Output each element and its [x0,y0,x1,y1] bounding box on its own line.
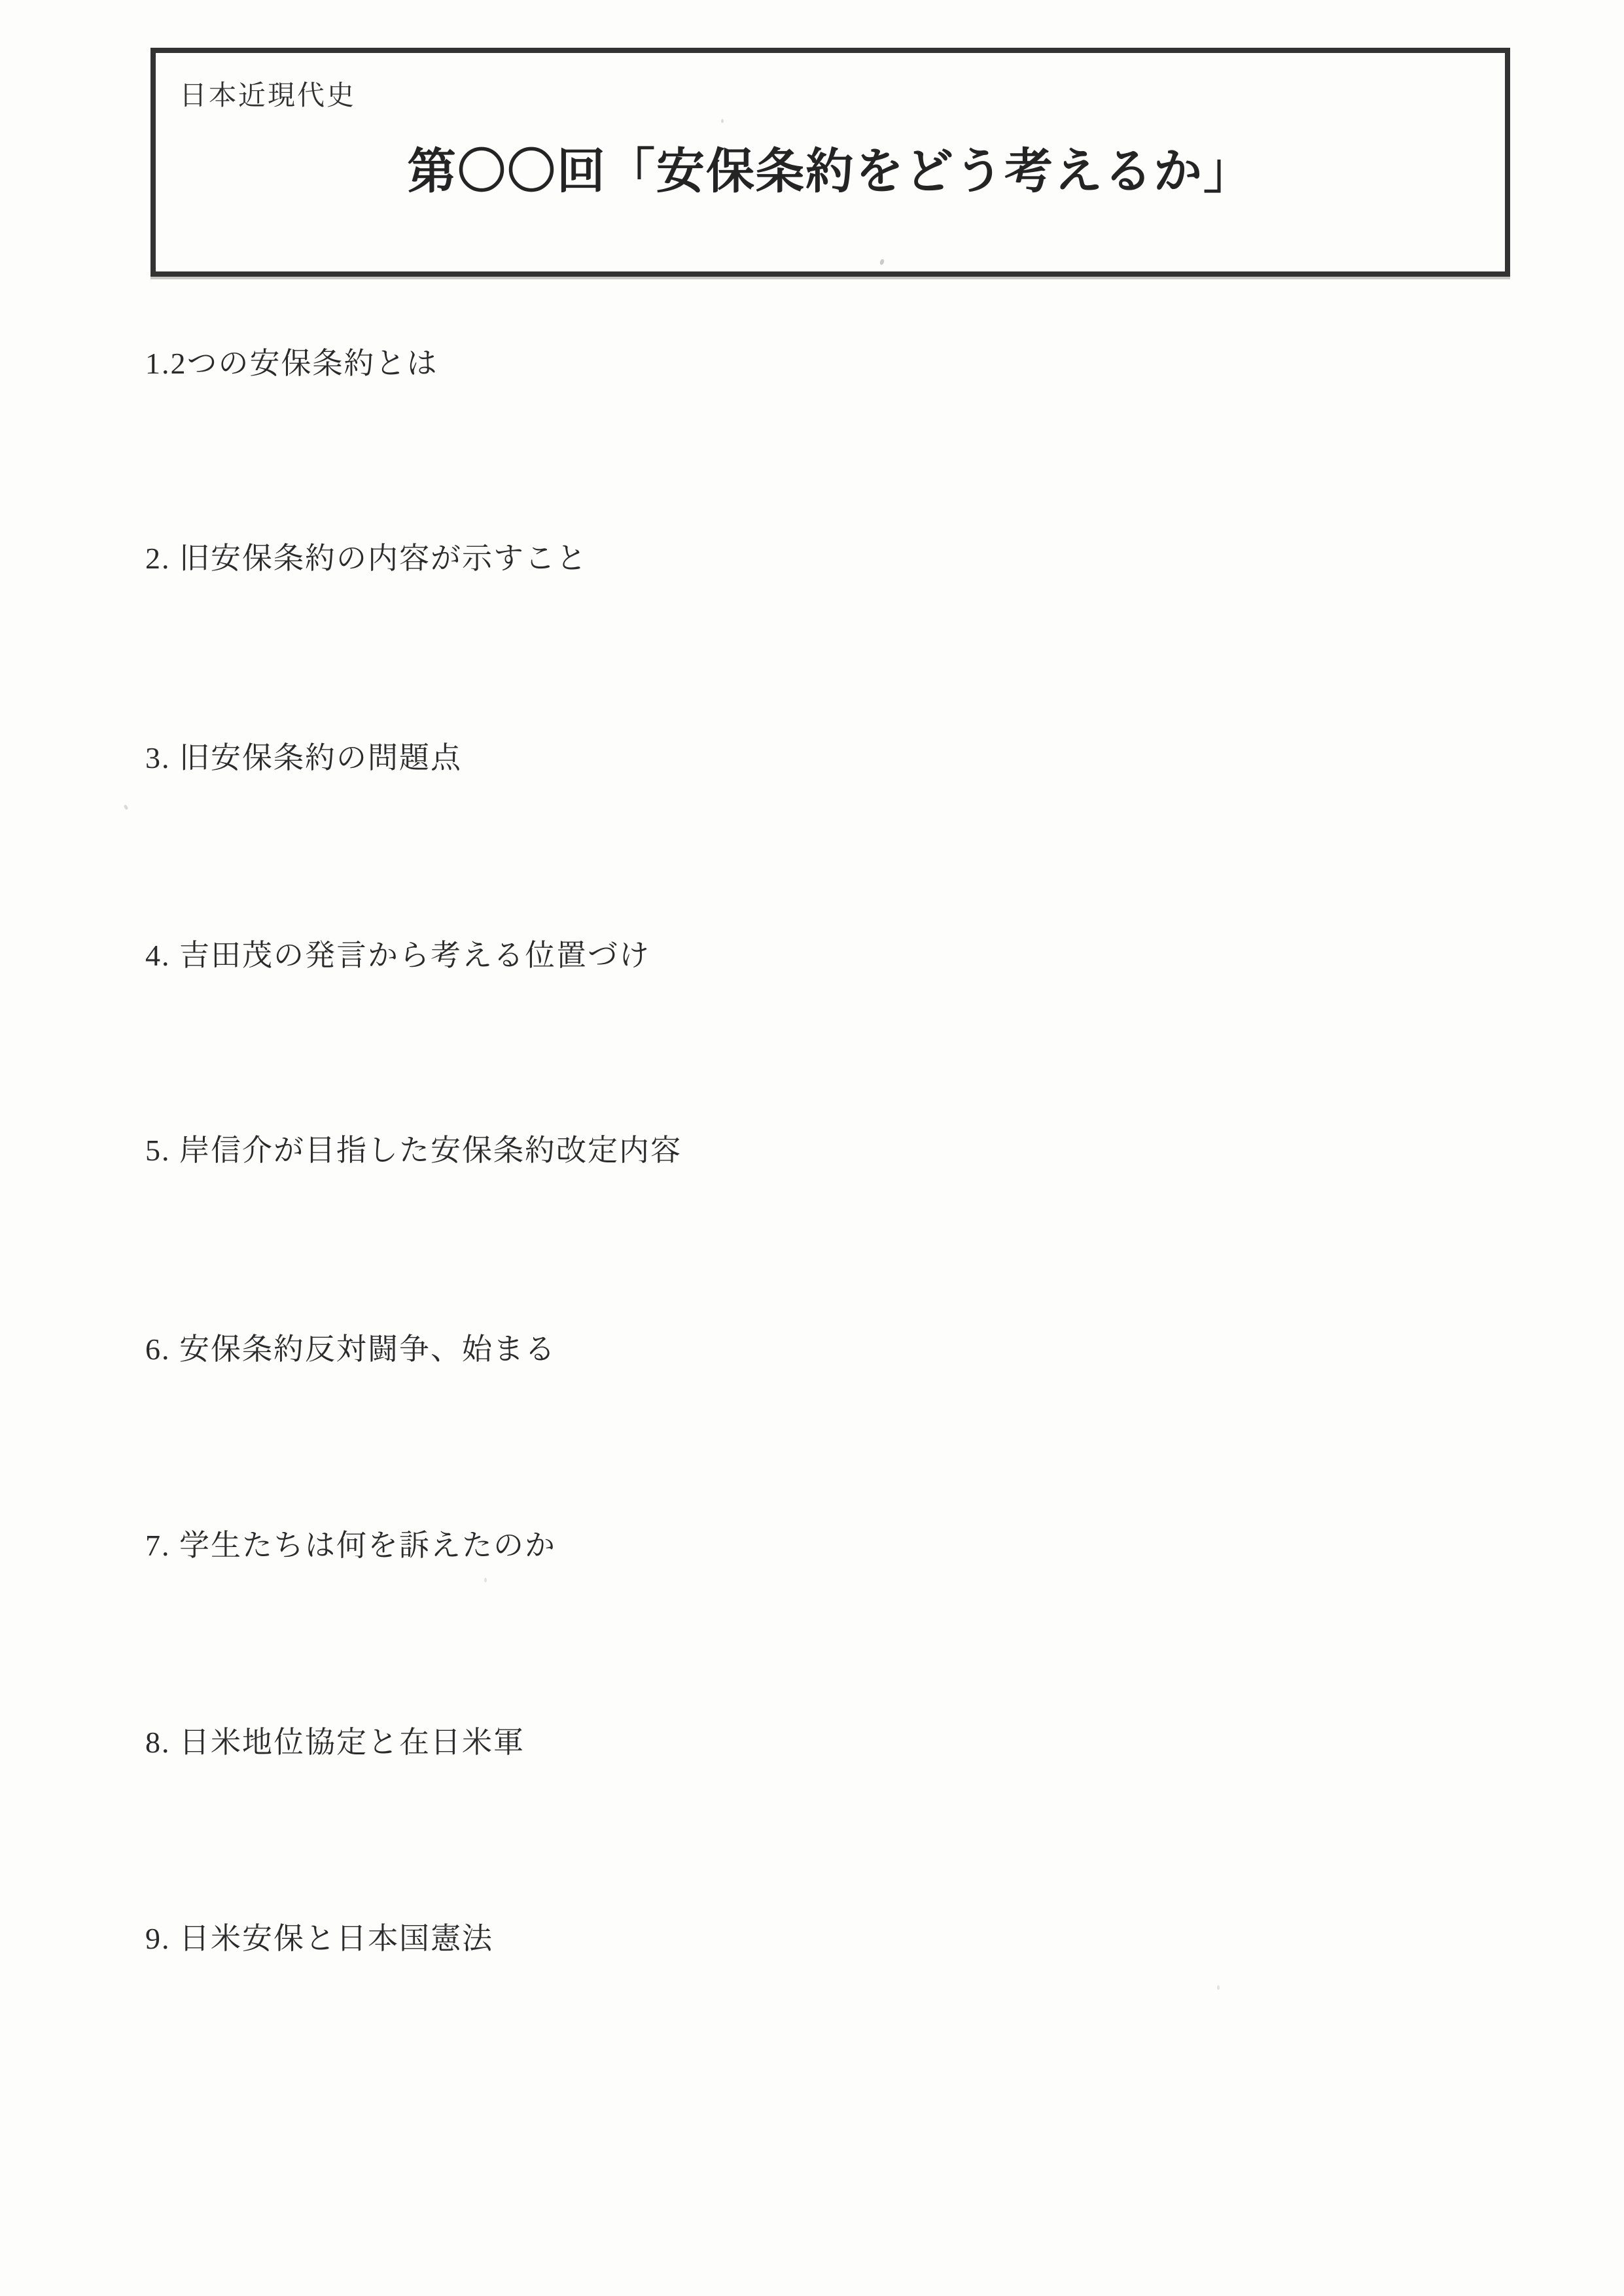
topic-item-3: 3. 旧安保条約の問題点 [145,741,462,776]
scan-speckle [123,804,128,810]
scan-speckle [484,1578,487,1582]
topic-item-5: 5. 岸信介が目指した安保条約改定内容 [145,1134,682,1168]
topic-item-4: 4. 吉田茂の発言から考える位置づけ [145,939,650,973]
topic-item-2: 2. 旧安保条約の内容が示すこと [145,542,588,576]
title-box: 日本近現代史 第〇〇回「安保条約をどう考えるか」 [150,48,1510,277]
scan-speckle [721,119,724,123]
topic-item-9: 9. 日米安保と日本国憲法 [145,1922,493,1957]
scanned-worksheet-page: 日本近現代史 第〇〇回「安保条約をどう考えるか」 1.2つの安保条約とは 2. … [0,0,1624,2296]
topic-item-1: 1.2つの安保条約とは [145,347,438,381]
topic-item-7: 7. 学生たちは何を訴えたのか [145,1529,556,1563]
topic-item-8: 8. 日米地位協定と在日米軍 [145,1726,525,1760]
topic-item-6: 6. 安保条約反対闘争、始まる [145,1332,556,1367]
scan-speckle [1217,1985,1220,1990]
course-label: 日本近現代史 [179,74,356,113]
lecture-title: 第〇〇回「安保条約をどう考えるか」 [156,133,1505,202]
